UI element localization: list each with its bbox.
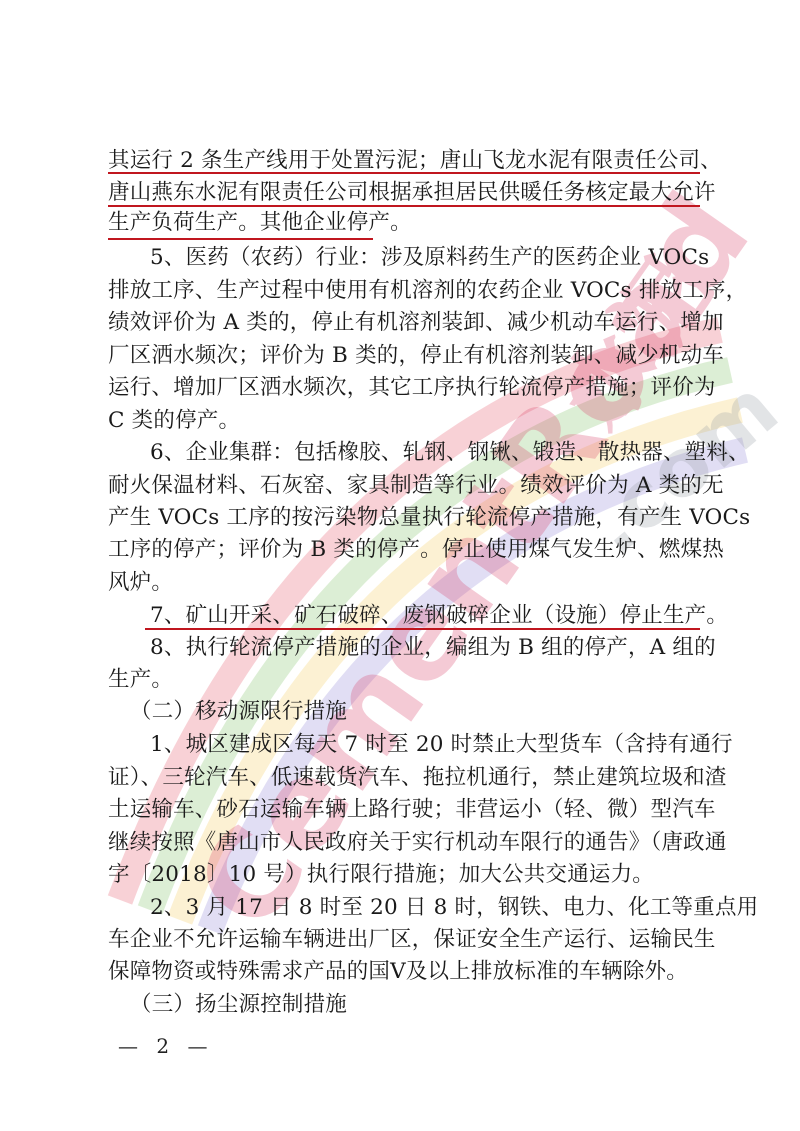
section-heading: （二）移动源限行措施 — [130, 696, 530, 728]
text-line: 风炉。 — [108, 567, 700, 599]
text-line: 证）、三轮汽车、低速载货汽车、拖拉机通行，禁止建筑垃圾和渣 — [108, 762, 700, 794]
text-line: 唐山燕东水泥有限责任公司根据承担居民供暖任务核定最大允许 — [108, 177, 700, 209]
text-line: 5、医药（农药）行业：涉及原料药生产的医药企业 VOCs — [150, 242, 700, 274]
text-line: 生产。 — [108, 664, 700, 696]
text-line: 产生 VOCs 工序的按污染物总量执行轮流停产措施，有产生 VOCs — [108, 502, 700, 534]
text-line: 7、矿山开采、矿石破碎、废钢破碎企业（设施）停止生产。 — [150, 600, 700, 632]
text-line: 厂区洒水频次；评价为 B 类的，停止有机溶剂装卸、减少机动车 — [108, 340, 700, 372]
text-line: 工序的停产；评价为 B 类的停产。停止使用煤气发生炉、燃煤热 — [108, 534, 700, 566]
text-line: 保障物资或特殊需求产品的国Ⅴ及以上排放标准的车辆除外。 — [108, 956, 700, 988]
page-number: — 2 — — [118, 1032, 213, 1060]
section-heading: （三）扬尘源控制措施 — [130, 989, 530, 1021]
text-line: 6、企业集群：包括橡胶、轧钢、钢锹、锻造、散热器、塑料、 — [150, 437, 700, 469]
text-line: 1、城区建成区每天 7 时至 20 时禁止大型货车（含持有通行 — [150, 729, 700, 761]
text-line: 绩效评价为 A 类的，停止有机溶剂装卸、减少机动车运行、增加 — [108, 307, 700, 339]
text-line: 生产负荷生产。其他企业停产。 — [108, 207, 700, 239]
text-line: 继续按照《唐山市人民政府关于实行机动车限行的通告》（唐政通 — [108, 827, 700, 859]
text-line: 2、3 月 17 日 8 时至 20 日 8 时，钢铁、电力、化工等重点用 — [150, 892, 700, 924]
text-line: 土运输车、砂石运输车辆上路行驶；非营运小（轻、微）型汽车 — [108, 794, 700, 826]
text-line: 字〔2018〕10 号）执行限行措施；加大公共交通运力。 — [108, 859, 700, 891]
text-line: 运行、增加厂区洒水频次，其它工序执行轮流停产措施；评价为 — [108, 372, 700, 404]
text-line: C 类的停产。 — [108, 405, 700, 437]
text-line: 8、执行轮流停产措施的企业，编组为 B 组的停产，A 组的 — [150, 632, 700, 664]
text-line: 排放工序、生产过程中使用有机溶剂的农药企业 VOCs 排放工序， — [108, 275, 700, 307]
text-line: 其运行 2 条生产线用于处置污泥；唐山飞龙水泥有限责任公司、 — [108, 145, 700, 177]
text-line: 车企业不允许运输车辆进出厂区，保证安全生产运行、运输民生 — [108, 924, 700, 956]
text-line: 耐火保温材料、石灰窑、家具制造等行业。绩效评价为 A 类的无 — [108, 470, 700, 502]
